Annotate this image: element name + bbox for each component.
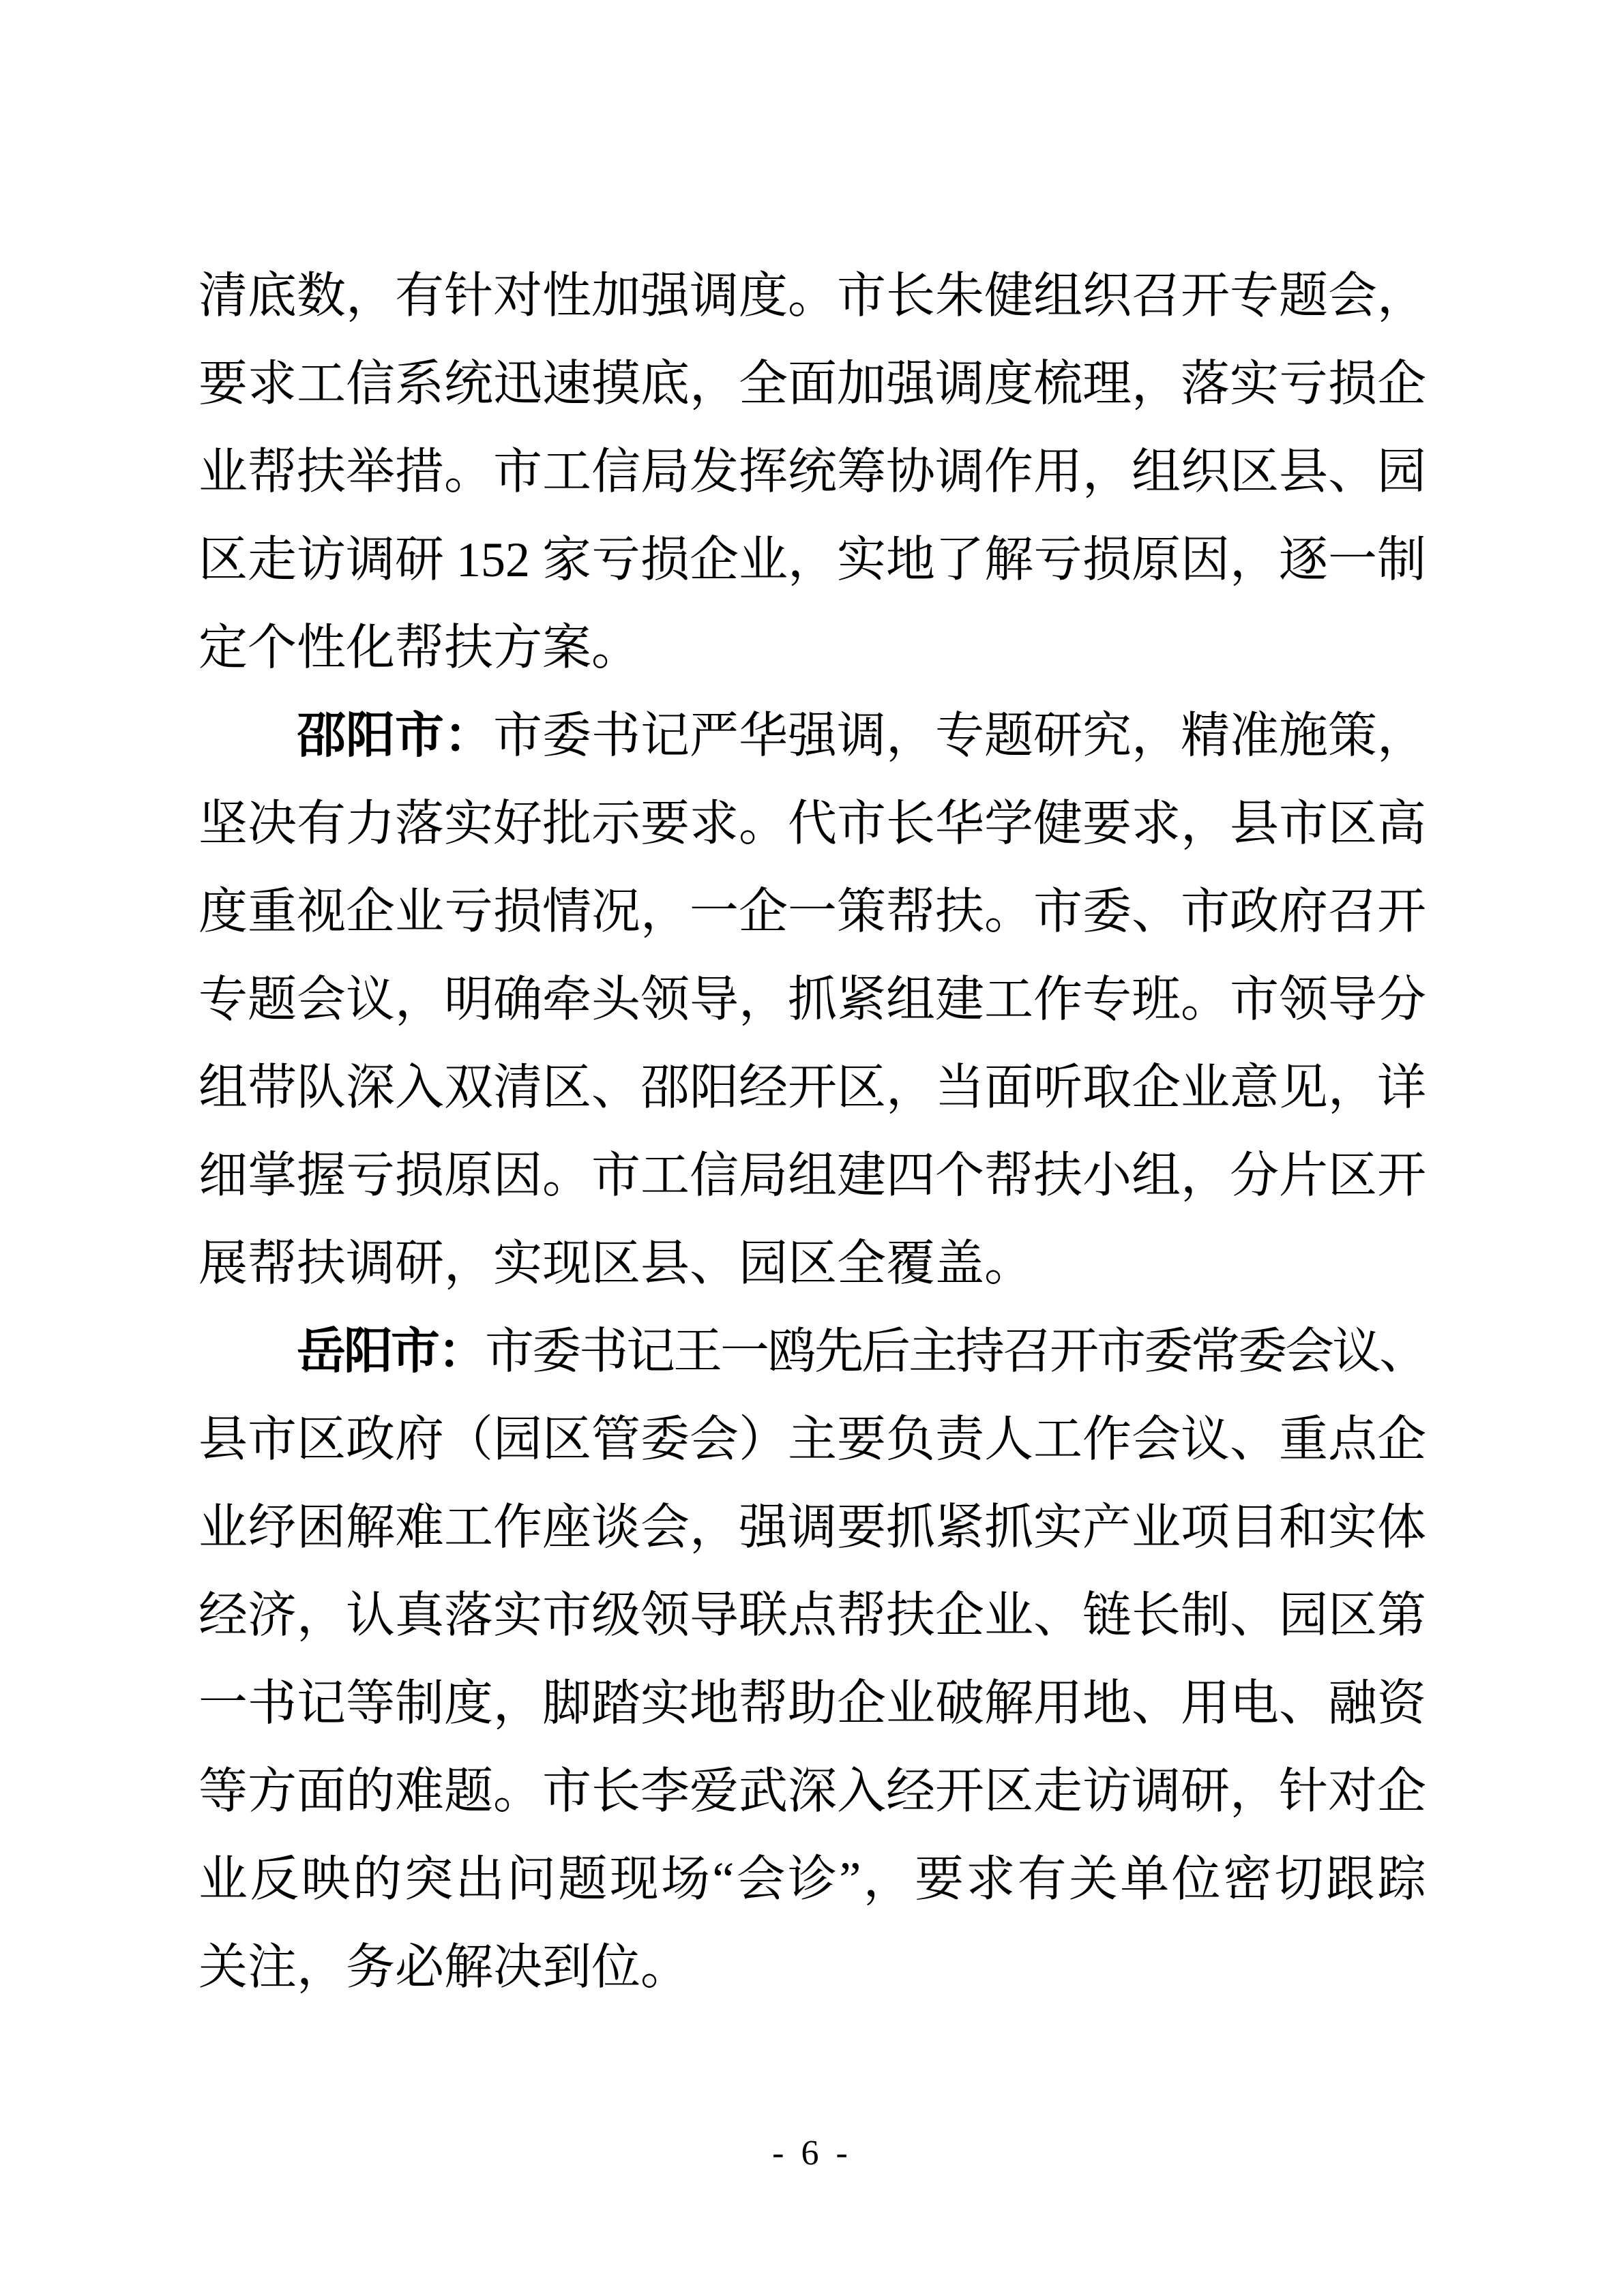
text-line: 区走访调研 152 家亏损企业，实地了解亏损原因，逐一制 [198, 516, 1426, 604]
line-text: 经济，认真落实市级领导联点帮扶企业、链长制、园区第 [198, 1588, 1426, 1643]
text-line: 经济，认真落实市级领导联点帮扶企业、链长制、园区第 [198, 1572, 1426, 1660]
line-text: 组带队深入双清区、邵阳经开区，当面听取企业意见，详 [198, 1060, 1426, 1115]
text-line: 业帮扶举措。市工信局发挥统筹协调作用，组织区县、园 [198, 428, 1426, 516]
page-footer: - 6 - [0, 2128, 1624, 2179]
text-line: 岳阳市：市委书记王一鸥先后主持召开市委常委会议、 [198, 1308, 1426, 1396]
document-page: 清底数，有针对性加强调度。市长朱健组织召开专题会，要求工信系统迅速摸底，全面加强… [0, 0, 1624, 2296]
text-line: 业反映的突出问题现场“会诊”，要求有关单位密切跟踪 [198, 1836, 1426, 1924]
line-text: 专题会议，明确牵头领导，抓紧组建工作专班。市领导分 [198, 972, 1426, 1027]
paragraph-label: 岳阳市： [297, 1324, 485, 1379]
line-text: 关注，务必解决到位。 [198, 1940, 690, 1995]
line-text: 市委书记严华强调，专题研究，精准施策， [493, 709, 1426, 763]
line-text: 一书记等制度，脚踏实地帮助企业破解用地、用电、融资 [198, 1676, 1426, 1731]
line-text: 业反映的突出问题现场“会诊”，要求有关单位密切跟踪 [198, 1852, 1426, 1907]
text-line: 关注，务必解决到位。 [198, 1924, 1426, 2012]
line-text: 等方面的难题。市长李爱武深入经开区走访调研，针对企 [198, 1764, 1426, 1819]
line-text: 度重视企业亏损情况，一企一策帮扶。市委、市政府召开 [198, 884, 1426, 939]
text-line: 坚决有力落实好批示要求。代市长华学健要求，县市区高 [198, 780, 1426, 868]
text-line: 组带队深入双清区、邵阳经开区，当面听取企业意见，详 [198, 1044, 1426, 1132]
text-line: 县市区政府（园区管委会）主要负责人工作会议、重点企 [198, 1396, 1426, 1484]
text-line: 等方面的难题。市长李爱武深入经开区走访调研，针对企 [198, 1748, 1426, 1836]
text-line: 度重视企业亏损情况，一企一策帮扶。市委、市政府召开 [198, 868, 1426, 956]
line-text: 区走访调研 152 家亏损企业，实地了解亏损原因，逐一制 [198, 533, 1426, 587]
text-line: 细掌握亏损原因。市工信局组建四个帮扶小组，分片区开 [198, 1132, 1426, 1220]
line-text: 县市区政府（园区管委会）主要负责人工作会议、重点企 [198, 1412, 1426, 1467]
text-line: 一书记等制度，脚踏实地帮助企业破解用地、用电、融资 [198, 1660, 1426, 1748]
text-line: 清底数，有针对性加强调度。市长朱健组织召开专题会， [198, 252, 1426, 340]
page-number: - 6 - [772, 2134, 852, 2173]
line-text: 展帮扶调研，实现区县、园区全覆盖。 [198, 1236, 1033, 1291]
text-line: 要求工信系统迅速摸底，全面加强调度梳理，落实亏损企 [198, 340, 1426, 428]
line-text: 细掌握亏损原因。市工信局组建四个帮扶小组，分片区开 [198, 1148, 1426, 1203]
text-line: 业纾困解难工作座谈会，强调要抓紧抓实产业项目和实体 [198, 1484, 1426, 1572]
line-text: 业帮扶举措。市工信局发挥统筹协调作用，组织区县、园 [198, 445, 1426, 499]
text-line: 定个性化帮扶方案。 [198, 604, 1426, 692]
line-text: 坚决有力落实好批示要求。代市长华学健要求，县市区高 [198, 796, 1426, 851]
line-text: 业纾困解难工作座谈会，强调要抓紧抓实产业项目和实体 [198, 1500, 1426, 1555]
text-line: 专题会议，明确牵头领导，抓紧组建工作专班。市领导分 [198, 956, 1426, 1044]
text-line: 邵阳市：市委书记严华强调，专题研究，精准施策， [198, 692, 1426, 780]
body-text: 清底数，有针对性加强调度。市长朱健组织召开专题会，要求工信系统迅速摸底，全面加强… [198, 252, 1426, 2012]
paragraph-label: 邵阳市： [297, 709, 493, 763]
line-text: 要求工信系统迅速摸底，全面加强调度梳理，落实亏损企 [198, 357, 1426, 411]
line-text: 定个性化帮扶方案。 [198, 621, 640, 675]
line-text: 市委书记王一鸥先后主持召开市委常委会议、 [485, 1324, 1426, 1379]
line-text: 清底数，有针对性加强调度。市长朱健组织召开专题会， [198, 269, 1426, 323]
text-line: 展帮扶调研，实现区县、园区全覆盖。 [198, 1220, 1426, 1308]
